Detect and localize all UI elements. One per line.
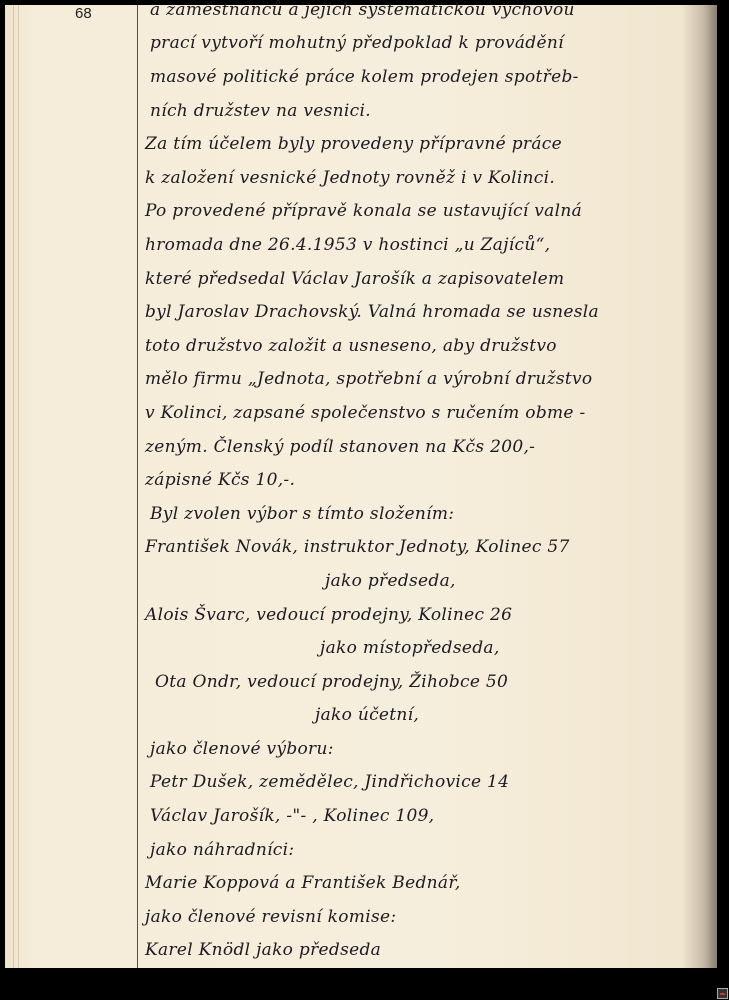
handwritten-line: zápisné Kčs 10,-. xyxy=(145,470,295,490)
handwritten-line: Po provedené přípravě konala se ustavují… xyxy=(145,201,582,221)
handwritten-line: jako účetní, xyxy=(315,705,419,725)
binding-rule xyxy=(18,5,19,1000)
bottom-border xyxy=(0,968,729,1000)
handwritten-line: Karel Knödl jako předseda xyxy=(145,940,381,960)
handwritten-line: byl Jaroslav Drachovský. Valná hromada s… xyxy=(145,302,599,322)
handwritten-line: prací vytvoří mohutný předpoklad k prová… xyxy=(150,33,564,53)
page-number: 68 xyxy=(75,5,92,22)
handwritten-line: mělo firmu „Jednota, spotřební a výrobní… xyxy=(145,369,592,389)
handwritten-line: jako členové revisní komise: xyxy=(145,907,396,927)
handwritten-line: Václav Jarošík, -"- , Kolinec 109, xyxy=(150,806,434,826)
handwritten-line: ních družstev na vesnici. xyxy=(150,101,371,121)
handwritten-line: Petr Dušek, zemědělec, Jindřichovice 14 xyxy=(150,772,509,792)
handwritten-line: František Novák, instruktor Jednoty, Kol… xyxy=(145,537,570,557)
handwritten-line: Marie Koppová a František Bednář, xyxy=(145,873,461,893)
handwritten-line: jako předseda, xyxy=(325,571,456,591)
handwritten-line: toto družstvo založit a usneseno, aby dr… xyxy=(145,336,557,356)
handwritten-line: Byl zvolen výbor s tímto složením: xyxy=(150,504,454,524)
minimize-icon[interactable] xyxy=(717,988,728,999)
handwritten-line: jako místopředseda, xyxy=(320,638,500,658)
handwritten-line: k založení vesnické Jednoty rovněž i v K… xyxy=(145,168,555,188)
handwritten-line: jako náhradníci: xyxy=(150,840,294,860)
handwritten-line: a zaměstnanců a jejich systematickou výc… xyxy=(150,0,575,20)
handwritten-line: jako členové výboru: xyxy=(150,739,334,759)
binding-rule xyxy=(13,5,14,1000)
ledger-page: 68 xyxy=(5,5,717,1000)
handwritten-line: v Kolinci, zapsané společenstvo s ručení… xyxy=(145,403,586,423)
handwritten-line: hromada dne 26.4.1953 v hostinci „u Zají… xyxy=(145,235,550,255)
handwritten-line: Za tím účelem byly provedeny přípravné p… xyxy=(145,134,562,154)
handwritten-line: zeným. Členský podíl stanoven na Kčs 200… xyxy=(145,437,535,457)
margin-line xyxy=(137,5,138,973)
handwritten-line: Alois Švarc, vedoucí prodejny, Kolinec 2… xyxy=(145,605,512,625)
handwritten-line: Ota Ondr, vedoucí prodejny, Žihobce 50 xyxy=(155,672,508,692)
handwritten-line: masové politické práce kolem prodejen sp… xyxy=(150,67,579,87)
handwritten-line: které předsedal Václav Jarošík a zapisov… xyxy=(145,269,564,289)
